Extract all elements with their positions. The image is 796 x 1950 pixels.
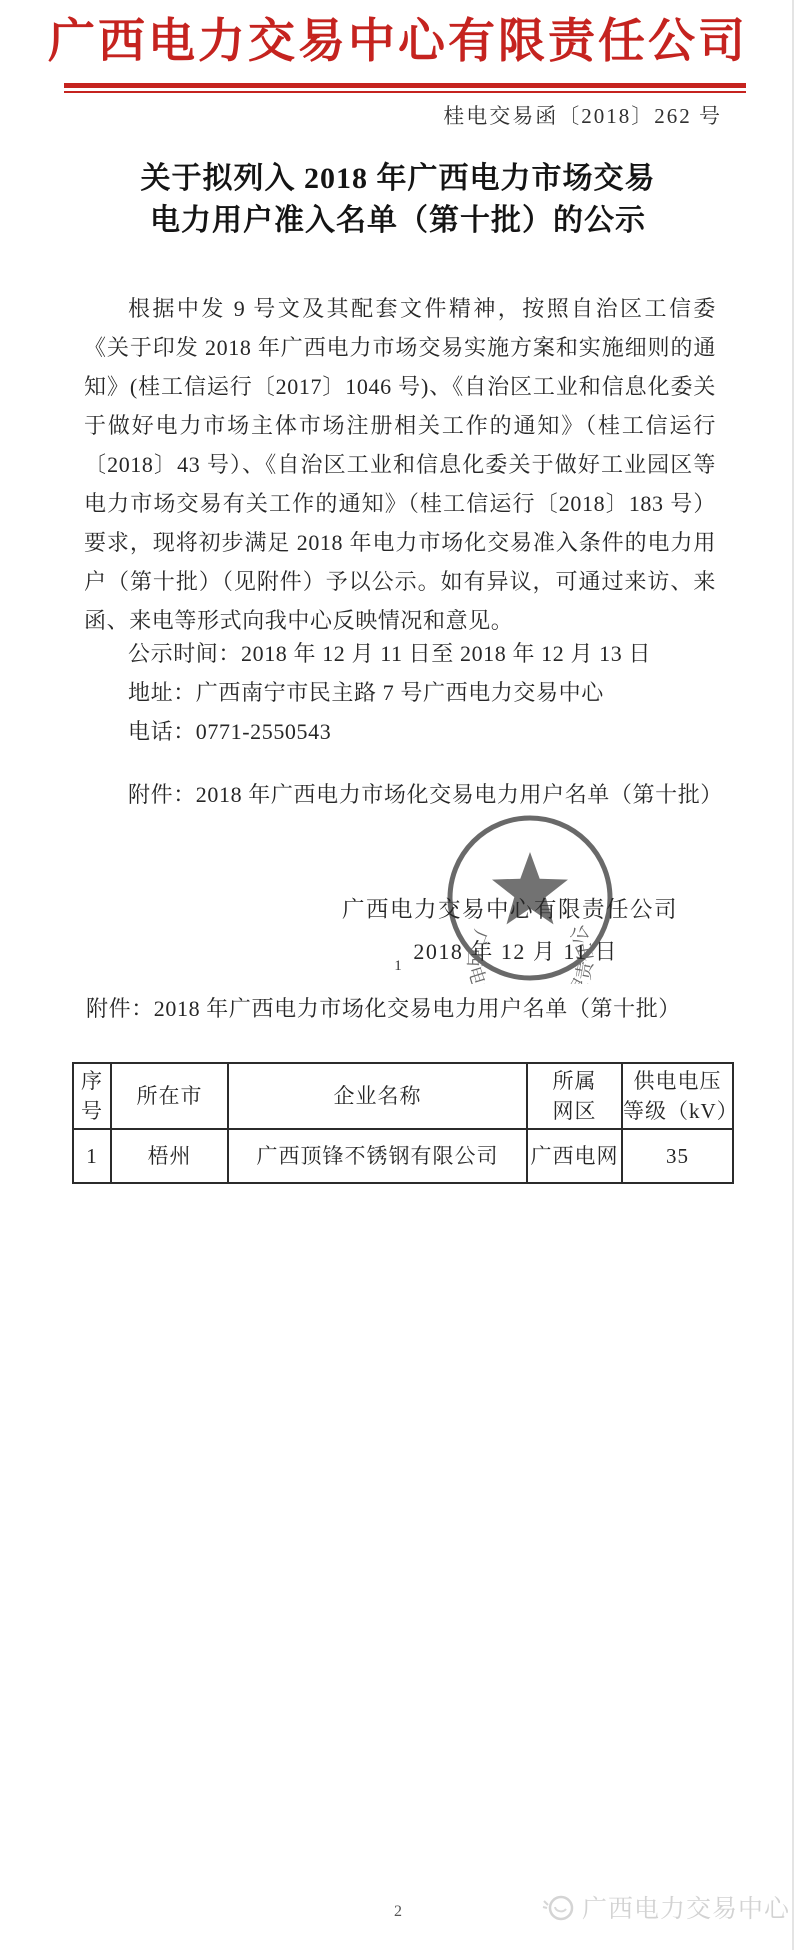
attachment-note: 附件：2018 年广西电力市场化交易电力用户名单（第十批）: [128, 778, 723, 809]
letterhead-company-name: 广西电力交易中心有限责任公司: [0, 4, 796, 71]
signature-company: 广西电力交易中心有限责任公司: [342, 892, 678, 924]
table-header-city: 所在市: [111, 1063, 228, 1129]
doc-number: 桂电交易函〔2018〕262 号: [443, 100, 722, 130]
admission-table: 序 号 所在市 企业名称 所属 网区 供电电压 等级（kV） 1 梧州 广西顶锋…: [72, 1062, 734, 1184]
publicity-time-line: 公示时间：2018 年 12 月 11 日至 2018 年 12 月 13 日: [128, 637, 651, 668]
table-header-company: 企业名称: [228, 1063, 527, 1129]
table-header-voltage: 供电电压 等级（kV）: [622, 1063, 733, 1129]
table-header-row: 序 号 所在市 企业名称 所属 网区 供电电压 等级（kV）: [73, 1063, 733, 1129]
attachment-heading: 附件：2018 年广西电力市场化交易电力用户名单（第十批）: [86, 992, 681, 1023]
doc-title-line1: 关于拟列入 2018 年广西电力市场交易: [0, 158, 796, 200]
scan-edge-line: [792, 0, 794, 1950]
address-line: 地址：广西南宁市民主路 7 号广西电力交易中心: [128, 676, 604, 707]
document-page: 广西电力交易中心有限责任公司 桂电交易函〔2018〕262 号 关于拟列入 20…: [0, 0, 796, 1950]
body-paragraph: 根据中发 9 号文及其配套文件精神，按照自治区工信委《关于印发 2018 年广西…: [84, 289, 716, 640]
footer-watermark: 广西电力交易中心: [541, 1889, 790, 1925]
table-header-seq: 序 号: [73, 1063, 111, 1129]
doc-title: 关于拟列入 2018 年广西电力市场交易 电力用户准入名单（第十批）的公示: [0, 158, 796, 242]
footer-logo-icon: [541, 1891, 577, 1923]
footer-watermark-text: 广西电力交易中心: [582, 1889, 790, 1925]
table-row: 1 梧州 广西顶锋不锈钢有限公司 广西电网 35: [73, 1129, 733, 1183]
cell-seq: 1: [73, 1129, 111, 1183]
doc-title-line2: 电力用户准入名单（第十批）的公示: [0, 200, 796, 242]
cell-city: 梧州: [111, 1129, 228, 1183]
cell-company: 广西顶锋不锈钢有限公司: [228, 1129, 527, 1183]
table-header-grid: 所属 网区: [527, 1063, 622, 1129]
cell-voltage: 35: [622, 1129, 733, 1183]
phone-line: 电话：0771-2550543: [128, 715, 331, 746]
page-1-number: 1: [0, 958, 796, 975]
cell-grid: 广西电网: [527, 1129, 622, 1183]
letterhead-divider: [64, 83, 746, 93]
